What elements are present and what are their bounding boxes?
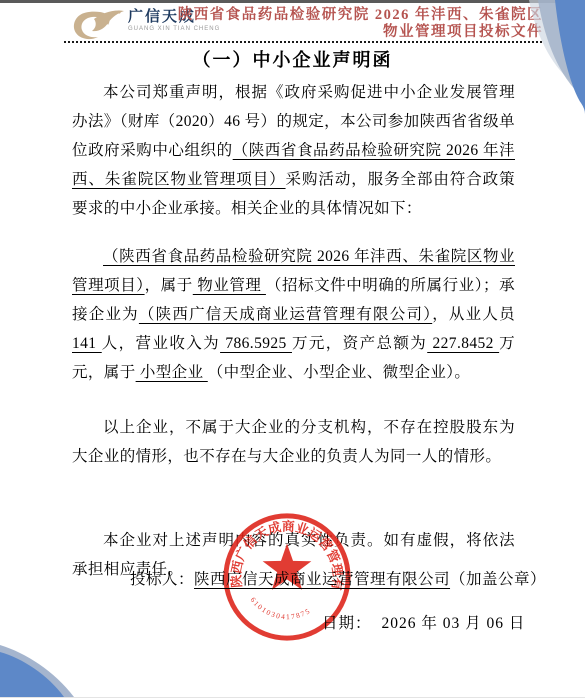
text-segment: 物业管理 (193, 277, 266, 294)
text-segment: 227.8452 (427, 335, 499, 352)
document-header: 广信天成 GUANG XIN TIAN CHENG 陕西省食品药品检验研究院 2… (0, 3, 585, 43)
bidder-company-name: 陕西广信天成商业运营管理有限公司 (194, 571, 450, 588)
page-title: （一）中小企业声明函 (0, 46, 585, 72)
text-segment: 小型企业 (136, 364, 208, 381)
bottom-left-decoration (0, 645, 78, 697)
paragraph-declaration: 本公司郑重声明，根据《政府采购促进中小企业发展管理办法》（财库（2020）46 … (72, 78, 515, 223)
project-header-title: 陕西省食品药品检验研究院 2026 年沣西、朱雀院区 物业管理项目投标文件 (178, 7, 543, 41)
date-line: 日期：2026 年 03 月 06 日 (322, 611, 525, 633)
text-segment: ，从业人员 (432, 306, 515, 323)
bird-swoosh-icon (72, 5, 126, 43)
text-segment: （陕西广信天成商业运营管理有限公司） (139, 306, 432, 323)
date-label: 日期： (322, 615, 372, 632)
bidder-seal-note: （加盖公章） (450, 571, 546, 588)
dotted-separator (64, 41, 542, 43)
text-segment: 万元，资产总额为 (292, 335, 427, 352)
stamp-id-number: 6101030417875 (248, 595, 312, 621)
project-header-line1: 陕西省食品药品检验研究院 2026 年沣西、朱雀院区 (178, 7, 543, 24)
bid-document-page: { "page": { "top_bar_color": "#5a5a5a", … (0, 0, 585, 699)
bottom-divider (0, 697, 585, 698)
text-segment: 141 (72, 335, 102, 352)
text-segment: 以上企业，不属于大企业的分支机构，不存在控股股东为大企业的情形，也不存在与大企业… (72, 419, 515, 465)
bidder-label: 投标人： (130, 571, 194, 588)
text-segment: （中型企业、小型企业、微型企业）。 (208, 364, 471, 381)
paragraph-enterprise-details: （陕西省食品药品检验研究院 2026 年沣西、朱雀院区物业管理项目），属于 物业… (72, 242, 515, 387)
text-segment: 786.5925 (220, 335, 292, 352)
project-header-line2: 物业管理项目投标文件 (178, 24, 543, 41)
paragraph-no-affiliation: 以上企业，不属于大企业的分支机构，不存在控股股东为大企业的情形，也不存在与大企业… (72, 413, 515, 471)
text-segment: ，属于 (145, 277, 193, 294)
bidder-signature-line: 投标人：陕西广信天成商业运营管理有限公司（加盖公章） (130, 567, 546, 589)
date-value: 2026 年 03 月 06 日 (382, 615, 526, 632)
text-segment: 人，营业收入为 (102, 335, 220, 352)
